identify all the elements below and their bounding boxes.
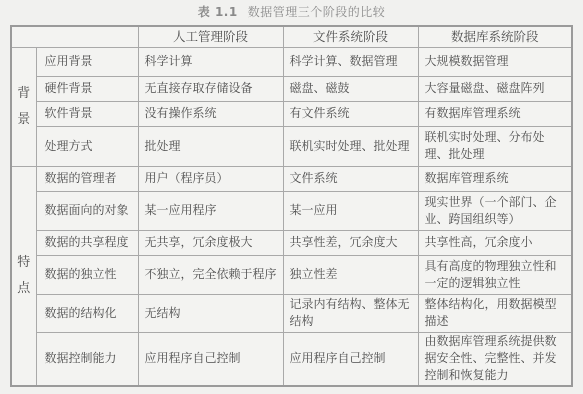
- cell-file: 磁盘、磁鼓: [283, 76, 418, 101]
- cell-file: 记录内有结构、整体无结构: [283, 294, 418, 332]
- cell-manual: 应用程序自己控制: [138, 332, 283, 386]
- table-number: 表 1.1: [198, 5, 238, 19]
- table-row: 处理方式 批处理 联机实时处理、批处理 联机实时处理、分布处理、批处理: [11, 126, 572, 166]
- table-title: 数据管理三个阶段的比较: [248, 5, 386, 19]
- row-label: 数据的共享程度: [36, 230, 138, 255]
- cell-db: 由数据库管理系统提供数据安全性、完整性、并发控制和恢复能力: [418, 332, 572, 386]
- cell-file: 文件系统: [283, 166, 418, 191]
- cell-file: 应用程序自己控制: [283, 332, 418, 386]
- cell-manual: 无直接存取存储设备: [138, 76, 283, 101]
- table-row: 数据的共享程度 无共享，冗余度极大 共享性差，冗余度大 共享性高，冗余度小: [11, 230, 572, 255]
- cell-manual: 某一应用程序: [138, 191, 283, 230]
- row-label: 软件背景: [36, 101, 138, 126]
- cell-db: 大容量磁盘、磁盘阵列: [418, 76, 572, 101]
- cell-db: 有数据库管理系统: [418, 101, 572, 126]
- header-manual-stage: 人工管理阶段: [138, 26, 283, 47]
- table-row: 数据面向的对象 某一应用程序 某一应用 现实世界（一个部门、企业、跨国组织等）: [11, 191, 572, 230]
- cell-db: 数据库管理系统: [418, 166, 572, 191]
- table-row: 特 点 数据的管理者 用户（程序员） 文件系统 数据库管理系统: [11, 166, 572, 191]
- row-label: 数据控制能力: [36, 332, 138, 386]
- cell-db: 共享性高，冗余度小: [418, 230, 572, 255]
- table-row: 软件背景 没有操作系统 有文件系统 有数据库管理系统: [11, 101, 572, 126]
- cell-manual: 科学计算: [138, 47, 283, 76]
- group-label-background: 背 景: [11, 47, 36, 166]
- cell-file: 科学计算、数据管理: [283, 47, 418, 76]
- row-label: 硬件背景: [36, 76, 138, 101]
- cell-file: 某一应用: [283, 191, 418, 230]
- table-row: 数据的独立性 不独立，完全依赖于程序 独立性差 具有高度的物理独立性和一定的逻辑…: [11, 255, 572, 294]
- cell-manual: 没有操作系统: [138, 101, 283, 126]
- table-caption: 表 1.1数据管理三个阶段的比较: [0, 3, 583, 20]
- row-label: 数据的管理者: [36, 166, 138, 191]
- header-database-stage: 数据库系统阶段: [418, 26, 572, 47]
- row-label: 应用背景: [36, 47, 138, 76]
- row-label: 数据的结构化: [36, 294, 138, 332]
- cell-manual: 无共享，冗余度极大: [138, 230, 283, 255]
- cell-manual: 用户（程序员）: [138, 166, 283, 191]
- header-file-system-stage: 文件系统阶段: [283, 26, 418, 47]
- cell-file: 共享性差，冗余度大: [283, 230, 418, 255]
- cell-db: 大规模数据管理: [418, 47, 572, 76]
- cell-file: 独立性差: [283, 255, 418, 294]
- row-label: 处理方式: [36, 126, 138, 166]
- table-row: 数据的结构化 无结构 记录内有结构、整体无结构 整体结构化，用数据模型描述: [11, 294, 572, 332]
- table-row: 硬件背景 无直接存取存储设备 磁盘、磁鼓 大容量磁盘、磁盘阵列: [11, 76, 572, 101]
- header-row: 人工管理阶段 文件系统阶段 数据库系统阶段: [11, 26, 572, 47]
- cell-manual: 不独立，完全依赖于程序: [138, 255, 283, 294]
- cell-file: 有文件系统: [283, 101, 418, 126]
- table-row: 背 景 应用背景 科学计算 科学计算、数据管理 大规模数据管理: [11, 47, 572, 76]
- group-label-characteristics: 特 点: [11, 166, 36, 386]
- cell-db: 联机实时处理、分布处理、批处理: [418, 126, 572, 166]
- header-corner: [11, 26, 138, 47]
- cell-db: 具有高度的物理独立性和一定的逻辑独立性: [418, 255, 572, 294]
- cell-manual: 批处理: [138, 126, 283, 166]
- table-row: 数据控制能力 应用程序自己控制 应用程序自己控制 由数据库管理系统提供数据安全性…: [11, 332, 572, 386]
- cell-file: 联机实时处理、批处理: [283, 126, 418, 166]
- comparison-table: 人工管理阶段 文件系统阶段 数据库系统阶段 背 景 应用背景 科学计算 科学计算…: [10, 25, 573, 387]
- cell-db: 整体结构化，用数据模型描述: [418, 294, 572, 332]
- row-label: 数据面向的对象: [36, 191, 138, 230]
- cell-db: 现实世界（一个部门、企业、跨国组织等）: [418, 191, 572, 230]
- cell-manual: 无结构: [138, 294, 283, 332]
- row-label: 数据的独立性: [36, 255, 138, 294]
